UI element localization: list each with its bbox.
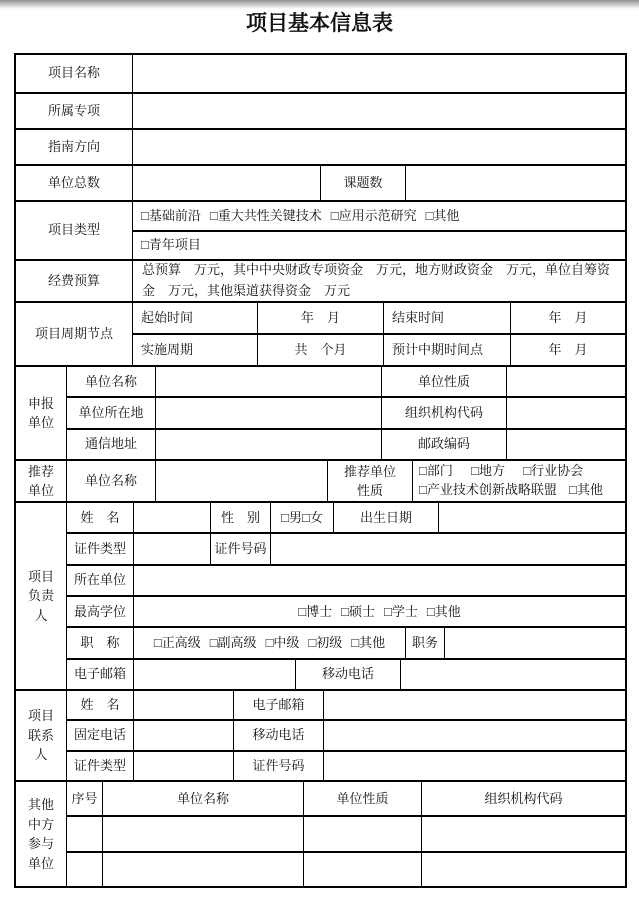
checkbox-option[interactable]: □重大共性关键技术 (210, 207, 322, 225)
other-units-header-seq: 序号 (67, 782, 102, 815)
special-project-label: 所属专项 (16, 94, 132, 128)
row-counts: 单位总数 课题数 (16, 164, 625, 200)
mail-address-label: 通信地址 (67, 430, 155, 459)
leader-id-type-label: 证件类型 (67, 534, 133, 563)
contact-name-label: 姓 名 (67, 691, 133, 719)
project-name-label: 项目名称 (16, 55, 132, 92)
other-units-header: 序号 单位名称 单位性质 组织机构代码 (67, 782, 625, 815)
recommender-grid: 单位名称 推荐单位性质 □部门 □地方 □行业协会 □产业技术创新战略联盟 □其… (66, 461, 625, 501)
other-unit-2-code-input[interactable] (421, 853, 625, 886)
contact-row-1: 姓 名 电子邮箱 (67, 691, 625, 719)
contact-id-type-input[interactable] (133, 752, 233, 780)
postal-code-input[interactable] (506, 430, 625, 459)
leader-row-degree: 最高学位 □博士 □硕士 □学士 □其他 (67, 595, 625, 626)
recommender-unit-name-input[interactable] (155, 461, 327, 501)
other-unit-1-name-input[interactable] (102, 817, 303, 850)
row-guide-direction: 指南方向 (16, 128, 625, 164)
leader-id-number-label: 证件号码 (210, 534, 270, 563)
checkbox-option[interactable]: □部门 (419, 463, 453, 478)
project-cycle-grid: 起始时间 年 月 结束时间 年 月 实施周期 共 个月 预计中期时间点 年 月 (132, 303, 625, 365)
contact-row-2: 固定电话 移动电话 (67, 719, 625, 749)
mid-time-value[interactable]: 年 月 (510, 335, 625, 365)
end-time-label: 结束时间 (383, 303, 510, 333)
leader-title-label: 职 称 (67, 628, 133, 657)
other-unit-row (67, 815, 625, 850)
leader-name-label: 姓 名 (67, 503, 133, 532)
recommender-options-line2: □产业技术创新战略联盟 □其他 (419, 481, 603, 500)
mid-time-label: 预计中期时间点 (383, 335, 510, 365)
other-unit-1-code-input[interactable] (421, 817, 625, 850)
leader-title-options: □正高级 □副高级 □中级 □初级 □其他 (133, 628, 405, 657)
leader-duty-input[interactable] (444, 628, 625, 657)
checkbox-option[interactable]: □副高级 (210, 634, 257, 652)
topic-count-label: 课题数 (320, 166, 405, 200)
birth-date-input[interactable] (438, 503, 625, 532)
start-time-value[interactable]: 年 月 (257, 303, 383, 333)
mail-address-input[interactable] (155, 430, 381, 459)
checkbox-option[interactable]: □中级 (266, 634, 300, 652)
recommender-nature-options: □部门 □地方 □行业协会 □产业技术创新战略联盟 □其他 (412, 461, 625, 501)
unit-total-label: 单位总数 (16, 166, 132, 200)
other-unit-2-name-input[interactable] (102, 853, 303, 886)
leader-row-name: 姓 名 性 别 □男 □女 出生日期 (67, 503, 625, 532)
leader-id-type-input[interactable] (133, 534, 210, 563)
row-budget: 经费预算 总预算 万元，其中中央财政专项资金 万元，地方财政资金 万元，单位自筹… (16, 259, 625, 301)
start-time-label: 起始时间 (133, 303, 257, 333)
row-recommender-unit: 推荐单位 单位名称 推荐单位性质 □部门 □地方 □行业协会 □产业技术创新战略… (16, 459, 625, 501)
applicant-grid: 单位名称 单位性质 单位所在地 组织机构代码 通信地址 邮政编码 (66, 367, 625, 459)
period-label: 实施周期 (133, 335, 257, 365)
period-value[interactable]: 共 个月 (257, 335, 383, 365)
contact-mobile-label: 移动电话 (233, 721, 323, 749)
row-applicant-unit: 申报单位 单位名称 单位性质 单位所在地 组织机构代码 通信地址 邮政编码 (16, 365, 625, 459)
row-project-cycle: 项目周期节点 起始时间 年 月 结束时间 年 月 实施周期 共 个月 预计中期时… (16, 301, 625, 365)
other-units-header-nature: 单位性质 (303, 782, 421, 815)
checkbox-option[interactable]: □行业协会 (523, 463, 583, 478)
leader-email-input[interactable] (133, 660, 295, 689)
contact-email-label: 电子邮箱 (233, 691, 323, 719)
recommender-section-label: 推荐单位 (16, 461, 66, 501)
checkbox-option[interactable]: □女 (302, 509, 323, 527)
leader-mobile-input[interactable] (400, 660, 625, 689)
leader-degree-options: □博士 □硕士 □学士 □其他 (133, 597, 625, 626)
checkbox-option[interactable]: □男 (281, 509, 302, 527)
special-project-input[interactable] (132, 94, 625, 128)
unit-total-input[interactable] (132, 166, 320, 200)
other-units-header-name: 单位名称 (102, 782, 303, 815)
row-project-type: 项目类型 □基础前沿 □重大共性关键技术 □应用示范研究 □其他 □青年项目 (16, 200, 625, 259)
contact-email-input[interactable] (323, 691, 625, 719)
leader-duty-label: 职务 (405, 628, 444, 657)
recommender-options-line1: □部门 □地方 □行业协会 (419, 462, 583, 481)
applicant-row-3: 通信地址 邮政编码 (67, 428, 625, 459)
project-type-options-line2: □青年项目 (133, 232, 625, 260)
leader-row-id: 证件类型 证件号码 (67, 532, 625, 563)
leader-work-unit-input[interactable] (133, 566, 625, 595)
cycle-row-1: 起始时间 年 月 结束时间 年 月 (133, 303, 625, 333)
recommender-nature-label: 推荐单位性质 (327, 461, 412, 501)
row-project-name: 项目名称 (16, 55, 625, 92)
leader-gender-options: □男 □女 (270, 503, 333, 532)
project-type-line2: □青年项目 (133, 230, 625, 260)
leader-email-label: 电子邮箱 (67, 660, 133, 689)
other-units-grid: 序号 单位名称 单位性质 组织机构代码 (66, 782, 625, 886)
contact-id-number-label: 证件号码 (233, 752, 323, 780)
other-unit-2-seq-input[interactable] (67, 853, 102, 886)
budget-label: 经费预算 (16, 261, 132, 301)
contact-tel-input[interactable] (133, 721, 233, 749)
checkbox-option[interactable]: □学士 (384, 603, 418, 621)
contact-row-3: 证件类型 证件号码 (67, 750, 625, 780)
other-units-section-label: 其他中方参与单位 (16, 782, 66, 886)
unit-location-label: 单位所在地 (67, 398, 155, 427)
contact-id-type-label: 证件类型 (67, 752, 133, 780)
topic-count-input[interactable] (405, 166, 625, 200)
unit-nature-input[interactable] (506, 367, 625, 396)
contact-mobile-input[interactable] (323, 721, 625, 749)
project-type-label: 项目类型 (16, 202, 132, 259)
unit-name-label: 单位名称 (67, 367, 155, 396)
contact-tel-label: 固定电话 (67, 721, 133, 749)
checkbox-option[interactable]: □基础前沿 (141, 207, 201, 225)
contact-section-label: 项目联系人 (16, 691, 66, 780)
postal-code-label: 邮政编码 (381, 430, 506, 459)
checkbox-option[interactable]: □应用示范研究 (331, 207, 417, 225)
project-type-options: □基础前沿 □重大共性关键技术 □应用示范研究 □其他 □青年项目 (132, 202, 625, 259)
guide-direction-input[interactable] (132, 130, 625, 164)
checkbox-option[interactable]: □其他 (569, 482, 603, 497)
cycle-row-2: 实施周期 共 个月 预计中期时间点 年 月 (133, 333, 625, 365)
unit-location-input[interactable] (155, 398, 381, 427)
leader-mobile-label: 移动电话 (295, 660, 400, 689)
contact-grid: 姓 名 电子邮箱 固定电话 移动电话 证件类型 证件号码 (66, 691, 625, 780)
checkbox-option[interactable]: □地方 (471, 463, 505, 478)
leader-gender-label: 性 别 (210, 503, 270, 532)
applicant-row-1: 单位名称 单位性质 (67, 367, 625, 396)
guide-direction-label: 指南方向 (16, 130, 132, 164)
project-info-table: 项目名称 所属专项 指南方向 单位总数 课题数 项目类型 □基础前沿 □重大共性… (14, 53, 627, 888)
other-unit-1-seq-input[interactable] (67, 817, 102, 850)
other-units-header-code: 组织机构代码 (421, 782, 625, 815)
end-time-value[interactable]: 年 月 (510, 303, 625, 333)
other-unit-1-nature-input[interactable] (303, 817, 421, 850)
checkbox-option[interactable]: □产业技术创新战略联盟 (419, 482, 557, 497)
applicant-row-2: 单位所在地 组织机构代码 (67, 396, 625, 427)
checkbox-option[interactable]: □其他 (427, 603, 461, 621)
row-special-project: 所属专项 (16, 92, 625, 128)
row-project-leader: 项目负责人 姓 名 性 别 □男 □女 出生日期 证件类型 证件号码 所在单 (16, 501, 625, 689)
row-project-contact: 项目联系人 姓 名 电子邮箱 固定电话 移动电话 证件类型 证件号码 (16, 689, 625, 780)
checkbox-option[interactable]: □其他 (426, 207, 460, 225)
project-type-line1: □基础前沿 □重大共性关键技术 □应用示范研究 □其他 (133, 202, 625, 230)
birth-date-label: 出生日期 (333, 503, 438, 532)
checkbox-option[interactable]: □硕士 (341, 603, 375, 621)
leader-section-label: 项目负责人 (16, 503, 66, 689)
leader-work-unit-label: 所在单位 (67, 566, 133, 595)
leader-row-org: 所在单位 (67, 564, 625, 595)
checkbox-option[interactable]: □博士 (298, 603, 332, 621)
contact-name-input[interactable] (133, 691, 233, 719)
checkbox-option[interactable]: □其他 (351, 634, 385, 652)
checkbox-option[interactable]: □正高级 (154, 634, 201, 652)
leader-name-input[interactable] (133, 503, 210, 532)
contact-id-number-input[interactable] (323, 752, 625, 780)
checkbox-option[interactable]: □初级 (308, 634, 342, 652)
org-code-label: 组织机构代码 (381, 398, 506, 427)
row-other-units: 其他中方参与单位 序号 单位名称 单位性质 组织机构代码 (16, 780, 625, 886)
checkbox-option[interactable]: □青年项目 (141, 236, 201, 254)
budget-text: 总预算 万元，其中中央财政专项资金 万元，地方财政资金 万元，单位自筹资金 万元… (132, 261, 625, 301)
project-type-options-line1: □基础前沿 □重大共性关键技术 □应用示范研究 □其他 (133, 202, 625, 230)
project-cycle-label: 项目周期节点 (16, 303, 132, 365)
unit-nature-label: 单位性质 (381, 367, 506, 396)
leader-row-title: 职 称 □正高级 □副高级 □中级 □初级 □其他 职务 (67, 626, 625, 657)
recommender-unit-name-label: 单位名称 (67, 461, 155, 501)
page-title: 项目基本信息表 (0, 7, 639, 37)
recommender-row: 单位名称 推荐单位性质 □部门 □地方 □行业协会 □产业技术创新战略联盟 □其… (67, 461, 625, 501)
unit-name-input[interactable] (155, 367, 381, 396)
project-name-input[interactable] (132, 55, 625, 92)
leader-id-number-input[interactable] (270, 534, 625, 563)
leader-row-email: 电子邮箱 移动电话 (67, 658, 625, 689)
org-code-input[interactable] (506, 398, 625, 427)
leader-grid: 姓 名 性 别 □男 □女 出生日期 证件类型 证件号码 所在单位 (66, 503, 625, 689)
applicant-section-label: 申报单位 (16, 367, 66, 459)
other-unit-2-nature-input[interactable] (303, 853, 421, 886)
leader-degree-label: 最高学位 (67, 597, 133, 626)
other-unit-row (67, 851, 625, 886)
